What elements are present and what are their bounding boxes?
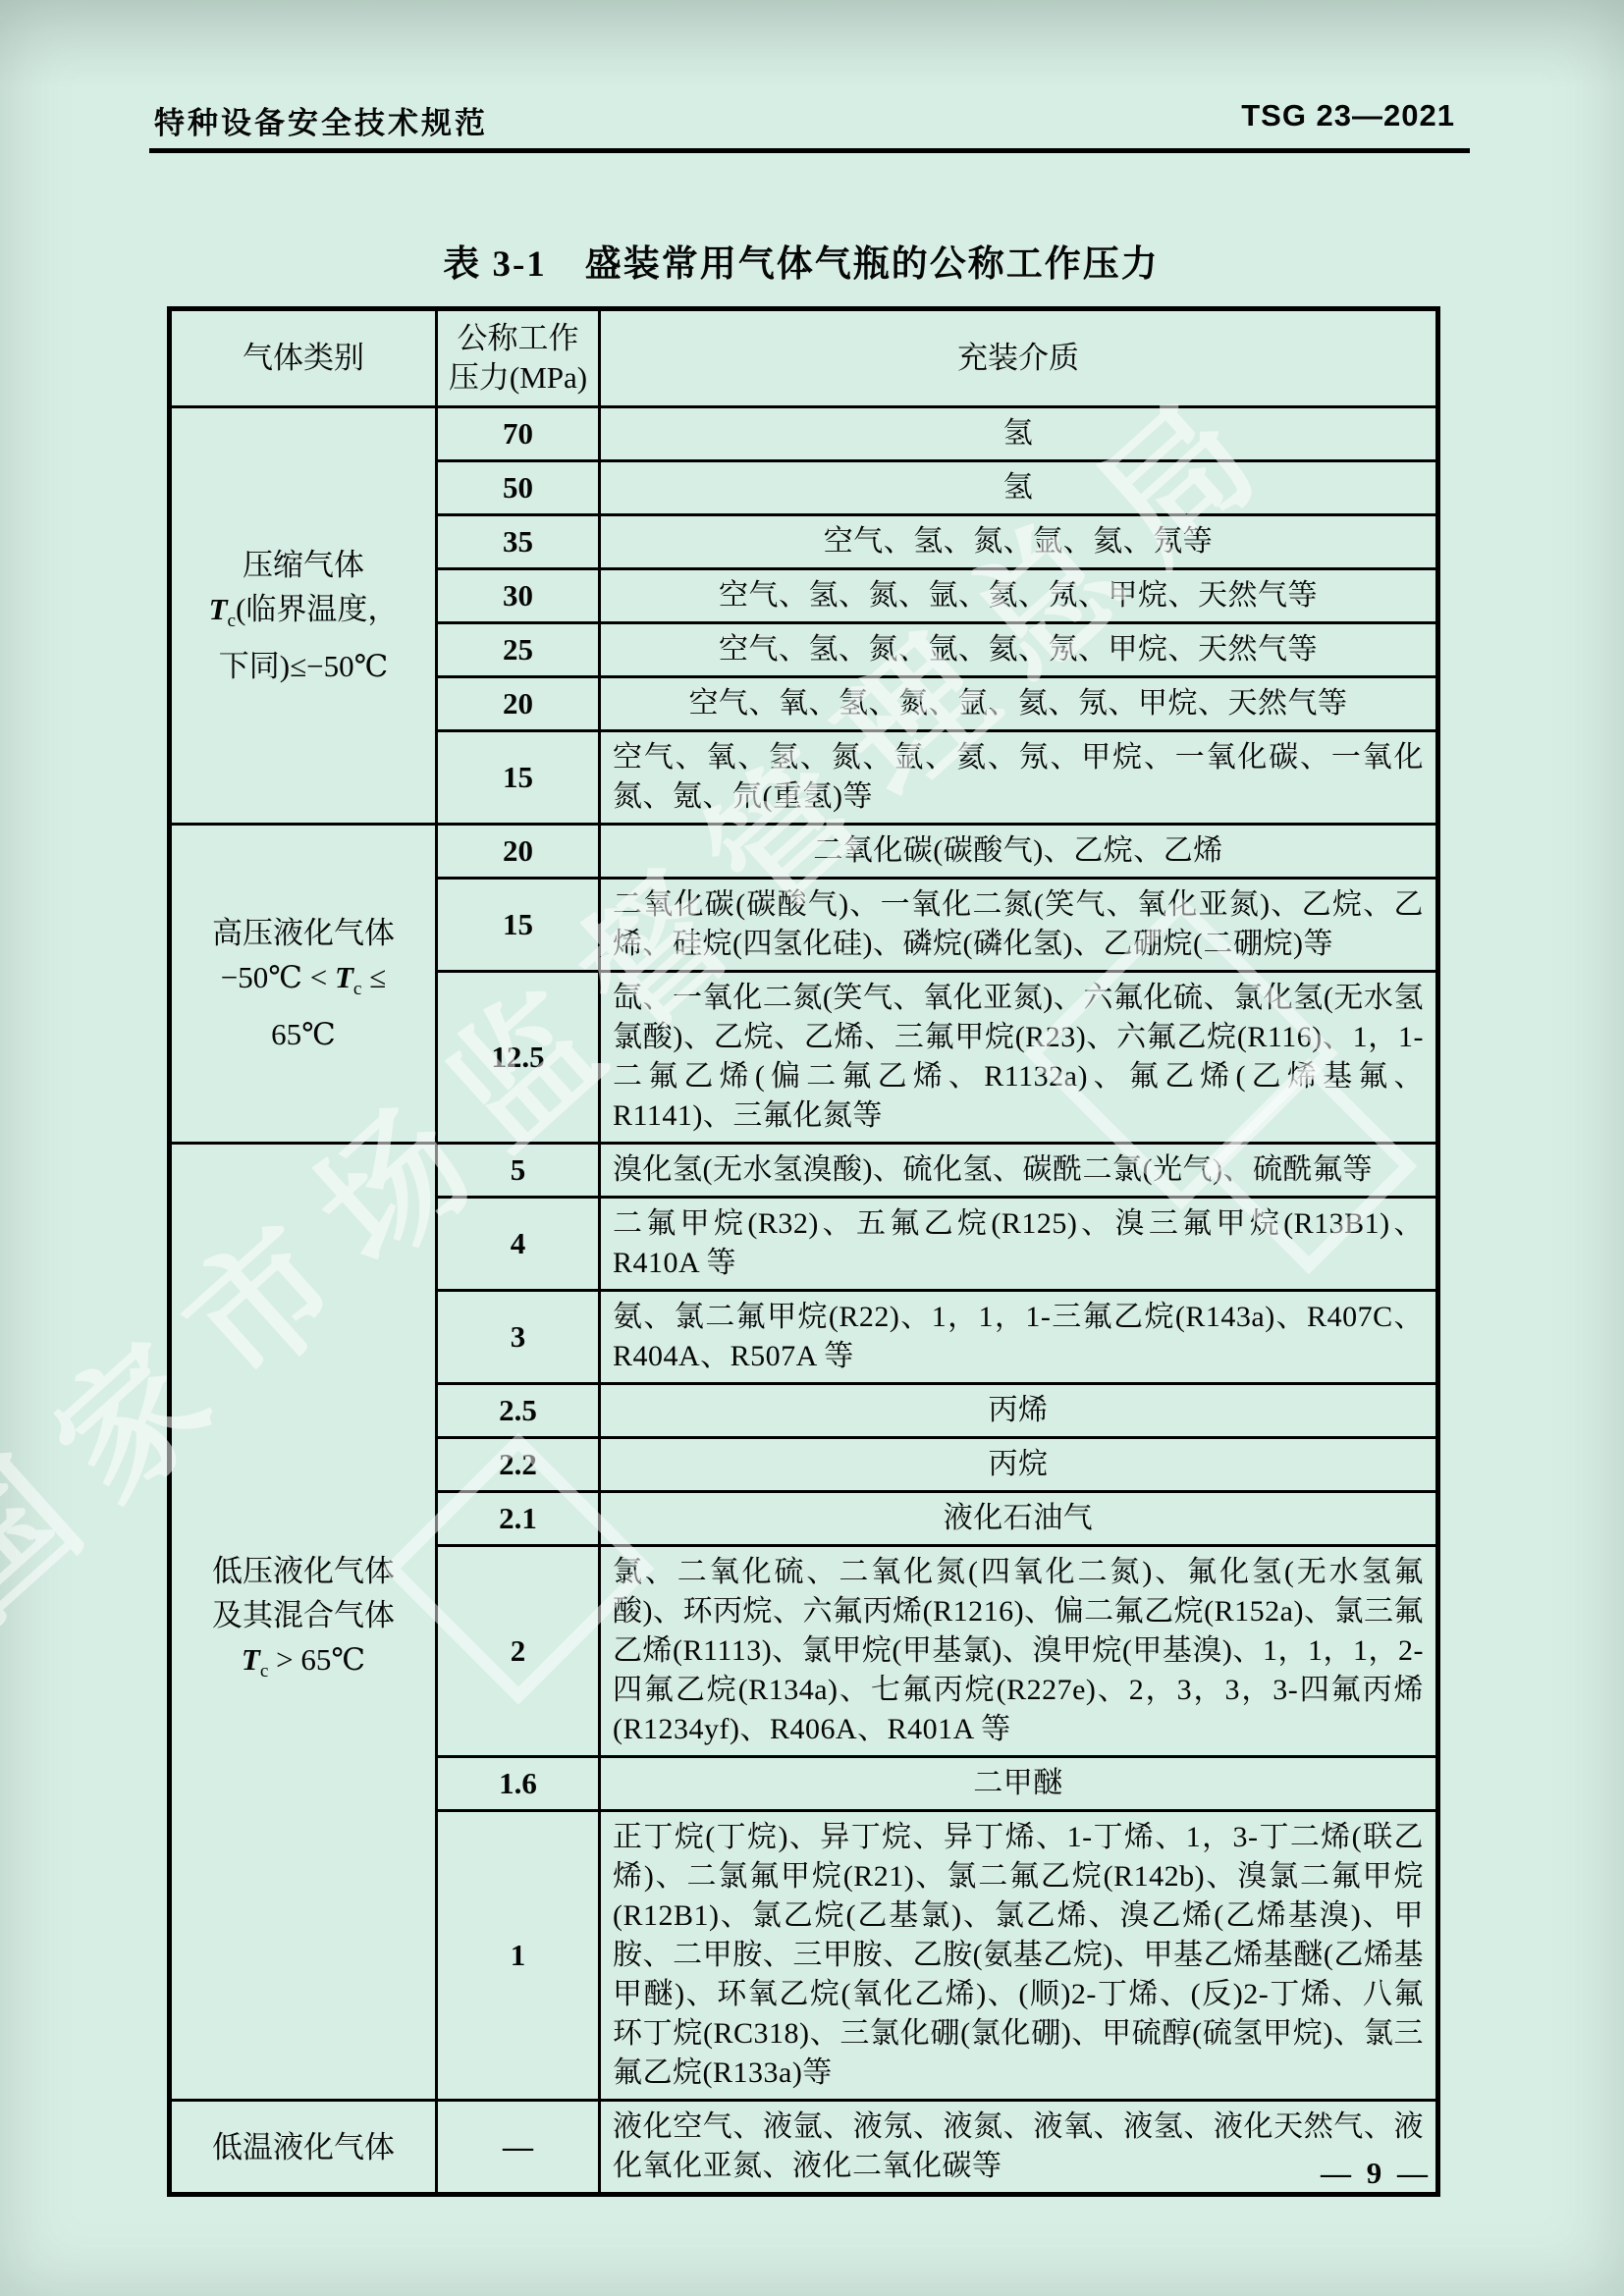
pressure-cell: 4 [437, 1198, 600, 1291]
table-row: 压缩气体Tc(临界温度，下同)≤−50℃70氢 [170, 407, 1438, 461]
pressure-cell: 35 [437, 515, 600, 569]
pressure-cell: 25 [437, 623, 600, 677]
gas-category-cell: 高压液化气体−50℃ < Tc ≤65℃ [170, 825, 437, 1144]
gas-pressure-table: 气体类别 公称工作 压力(MPa) 充装介质 压缩气体Tc(临界温度，下同)≤−… [167, 306, 1440, 2197]
pressure-cell: 1 [437, 1811, 600, 2101]
medium-cell: 空气、氢、氮、氩、氦、氖等 [600, 515, 1438, 569]
medium-cell: 氨、氯二氟甲烷(R22)、1，1，1-三氟乙烷(R143a)、R407C、R40… [600, 1291, 1438, 1384]
medium-cell: 二甲醚 [600, 1757, 1438, 1811]
pressure-cell: 30 [437, 569, 600, 623]
medium-cell: 液化空气、液氩、液氖、液氮、液氧、液氢、液化天然气、液化氧化亚氮、液化二氧化碳等 [600, 2101, 1438, 2195]
pressure-cell: 15 [437, 879, 600, 972]
medium-cell: 氯、二氧化硫、二氧化氮(四氧化二氮)、氟化氢(无水氢氟酸)、环丙烷、六氟丙烯(R… [600, 1546, 1438, 1757]
pressure-cell: 20 [437, 825, 600, 879]
gas-category-cell: 压缩气体Tc(临界温度，下同)≤−50℃ [170, 407, 437, 825]
medium-cell: 溴化氢(无水氢溴酸)、硫化氢、碳酰二氯(光气)、硫酰氟等 [600, 1144, 1438, 1198]
document-page: 特种设备安全技术规范 TSG 23—2021 表 3-1 盛装常用气体气瓶的公称… [0, 0, 1624, 2296]
table-row: 低温液化气体—液化空气、液氩、液氖、液氮、液氧、液氢、液化天然气、液化氧化亚氮、… [170, 2101, 1438, 2195]
medium-cell: 氙、一氧化二氮(笑气、氧化亚氮)、六氟化硫、氯化氢(无水氢氯酸)、乙烷、乙烯、三… [600, 972, 1438, 1144]
medium-cell: 空气、氢、氮、氩、氦、氖、甲烷、天然气等 [600, 569, 1438, 623]
pressure-cell: 20 [437, 677, 600, 731]
table-header-row: 气体类别 公称工作 压力(MPa) 充装介质 [170, 309, 1438, 407]
pressure-cell: 2.5 [437, 1384, 600, 1438]
medium-cell: 丙烷 [600, 1438, 1438, 1492]
pressure-cell: 5 [437, 1144, 600, 1198]
pressure-cell: 2.1 [437, 1492, 600, 1546]
table-row: 高压液化气体−50℃ < Tc ≤65℃20二氧化碳(碳酸气)、乙烷、乙烯 [170, 825, 1438, 879]
col-header-gas-category: 气体类别 [170, 309, 437, 407]
medium-cell: 空气、氧、氢、氮、氩、氦、氖、甲烷、天然气等 [600, 677, 1438, 731]
header-rule [149, 148, 1470, 153]
doc-header-code: TSG 23—2021 [1241, 98, 1455, 133]
medium-cell: 空气、氧、氢、氮、氩、氦、氖、甲烷、一氧化碳、一氧化氮、氪、氘(重氢)等 [600, 731, 1438, 825]
medium-cell: 二氟甲烷(R32)、五氟乙烷(R125)、溴三氟甲烷(R13B1)、R410A … [600, 1198, 1438, 1291]
doc-header-title: 特种设备安全技术规范 [154, 98, 488, 142]
medium-cell: 二氧化碳(碳酸气)、一氧化二氮(笑气、氧化亚氮)、乙烷、乙烯、硅烷(四氢化硅)、… [600, 879, 1438, 972]
gas-category-cell: 低压液化气体及其混合气体Tc > 65℃ [170, 1144, 437, 2101]
medium-cell: 氢 [600, 407, 1438, 461]
col-header-pressure-line2: 压力(MPa) [449, 360, 587, 395]
col-header-medium: 充装介质 [600, 309, 1438, 407]
col-header-pressure-line1: 公称工作 [458, 321, 579, 355]
table-title: 表 3-1 盛装常用气体气瓶的公称工作压力 [167, 234, 1435, 287]
col-header-pressure: 公称工作 压力(MPa) [437, 309, 600, 407]
gas-category-cell: 低温液化气体 [170, 2101, 437, 2195]
medium-cell: 空气、氢、氮、氩、氦、氖、甲烷、天然气等 [600, 623, 1438, 677]
pressure-cell: — [437, 2101, 600, 2195]
pressure-cell: 12.5 [437, 972, 600, 1144]
medium-cell: 正丁烷(丁烷)、异丁烷、异丁烯、1-丁烯、1，3-丁二烯(联乙烯)、二氯氟甲烷(… [600, 1811, 1438, 2101]
table-body: 压缩气体Tc(临界温度，下同)≤−50℃70氢50氢35空气、氢、氮、氩、氦、氖… [170, 407, 1438, 2195]
medium-cell: 液化石油气 [600, 1492, 1438, 1546]
pressure-cell: 2.2 [437, 1438, 600, 1492]
medium-cell: 氢 [600, 461, 1438, 515]
pressure-cell: 70 [437, 407, 600, 461]
pressure-cell: 15 [437, 731, 600, 825]
pressure-cell: 50 [437, 461, 600, 515]
table-row: 低压液化气体及其混合气体Tc > 65℃5溴化氢(无水氢溴酸)、硫化氢、碳酰二氯… [170, 1144, 1438, 1198]
pressure-cell: 2 [437, 1546, 600, 1757]
pressure-cell: 3 [437, 1291, 600, 1384]
medium-cell: 丙烯 [600, 1384, 1438, 1438]
scan-shading [0, 0, 1624, 88]
pressure-cell: 1.6 [437, 1757, 600, 1811]
medium-cell: 二氧化碳(碳酸气)、乙烷、乙烯 [600, 825, 1438, 879]
